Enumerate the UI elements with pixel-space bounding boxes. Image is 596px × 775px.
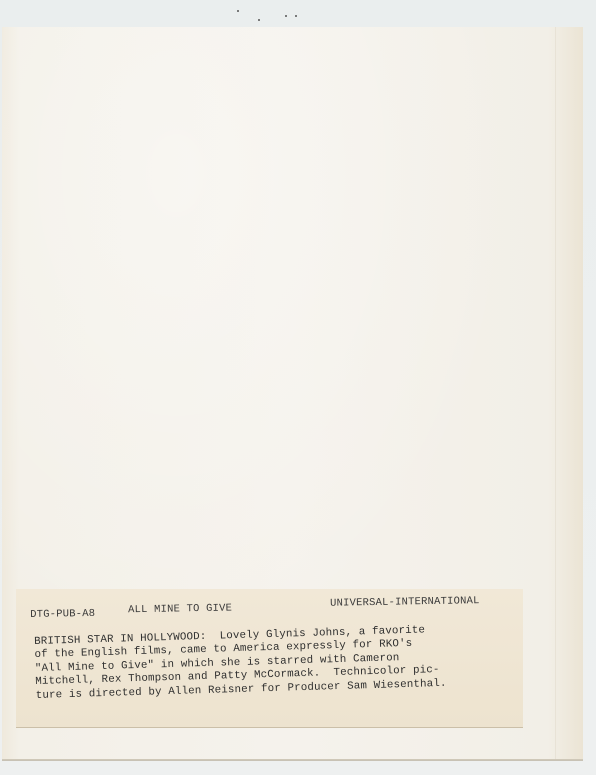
caption-studio: UNIVERSAL-INTERNATIONAL xyxy=(330,595,480,610)
dust-speck xyxy=(258,19,260,21)
caption-body: BRITISH STAR IN HOLLYWOOD: Lovely Glynis… xyxy=(34,622,506,703)
dust-speck xyxy=(295,15,297,17)
caption-code: DTG-PUB-A8 xyxy=(30,608,95,621)
photo-edge xyxy=(555,27,556,759)
caption-title: ALL MINE TO GIVE xyxy=(128,602,232,616)
dust-speck xyxy=(285,15,287,17)
dust-speck xyxy=(237,10,239,12)
